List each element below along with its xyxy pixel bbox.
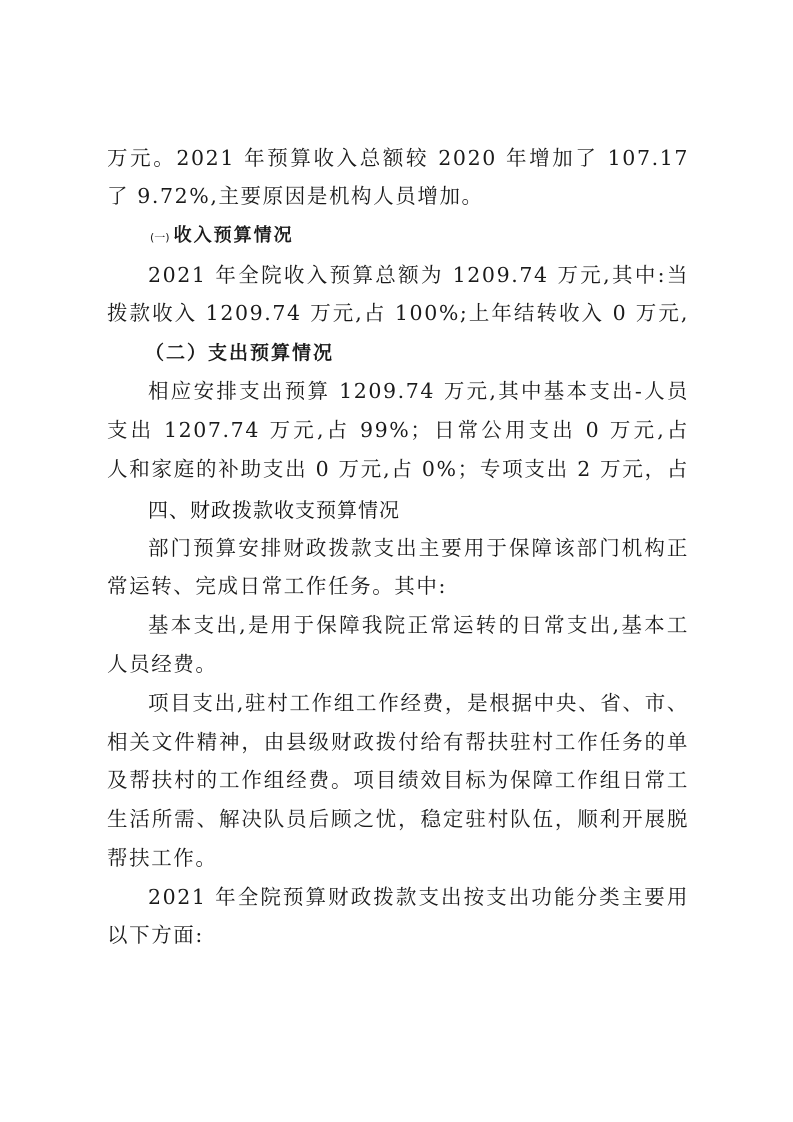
paragraph-line: 相应安排支出预算 1209.74 万元,其中基本支出-人员经费 (148, 378, 689, 404)
heading-income-budget: (一)收入预算情况 (150, 223, 732, 251)
heading-section-four: 四、财政拨款收支预算情况 (148, 497, 730, 523)
paragraph-line: 以下方面: (107, 922, 689, 948)
paragraph-line: 人员经费。 (107, 651, 689, 677)
paragraph-line: 支出 1207.74 万元,占 99%；日常公用支出 0 万元,占 0%；对个 (107, 417, 689, 443)
paragraph-line: 生活所需、解决队员后顾之忧，稳定驻村队伍，顺利开展脱贫 (107, 806, 689, 832)
paragraph-line: 项目支出,驻村工作组工作经费，是根据中央、省、市、县 (148, 690, 689, 716)
paragraph-line: 万元。2021 年预算收入总额较 2020 年增加了 107.17 万元,增长 (107, 145, 689, 171)
paragraph-line: 部门预算安排财政拨款支出主要用于保障该部门机构正 (148, 535, 689, 561)
heading-title: 收入预算情况 (174, 225, 294, 246)
paragraph-line: 常运转、完成日常工作任务。其中: (107, 573, 689, 599)
paragraph-line: 帮扶工作。 (107, 845, 689, 871)
paragraph-line: 及帮扶村的工作组经费。项目绩效目标为保障工作组日常工作 (107, 767, 689, 793)
heading-number: (一) (150, 231, 170, 244)
paragraph-line: 拨款收入 1209.74 万元,占 100%;上年结转收入 0 万元,占 0%。 (107, 300, 689, 326)
heading-expense-budget: （二）支出预算情况 (145, 340, 727, 366)
paragraph-line: 2021 年全院预算财政拨款支出按支出功能分类主要用于 (148, 884, 689, 910)
paragraph-line: 了 9.72%,主要原因是机构人员增加。 (107, 183, 689, 209)
paragraph-line: 基本支出,是用于保障我院正常运转的日常支出,基本工资 (148, 612, 689, 638)
paragraph-line: 相关文件精神，由县级财政拨付给有帮扶驻村工作任务的单位 (107, 729, 689, 755)
paragraph-line: 2021 年全院收入预算总额为 1209.74 万元,其中:当年财政 (148, 262, 689, 288)
paragraph-line: 人和家庭的补助支出 0 万元,占 0%；专项支出 2 万元，占 1%。 (107, 456, 689, 482)
